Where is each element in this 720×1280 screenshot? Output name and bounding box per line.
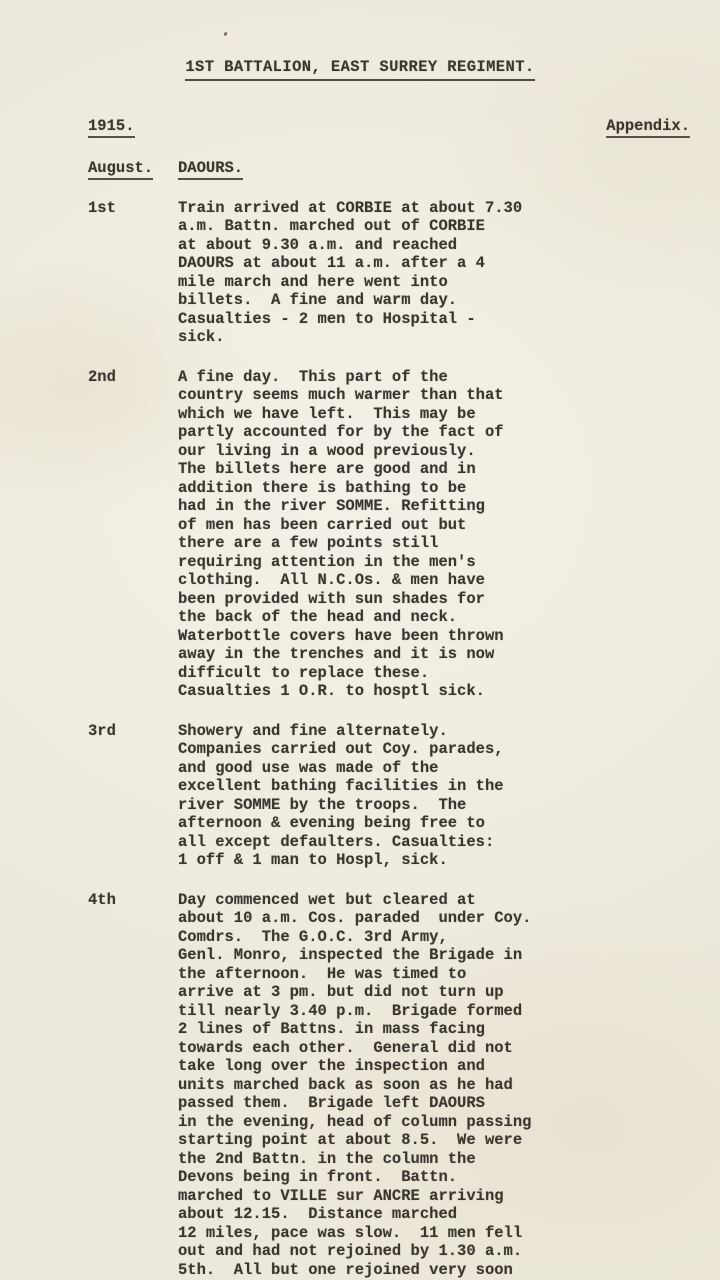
page-title: 1ST BATTALION, EAST SURREY REGIMENT. (185, 58, 534, 81)
diary-entry: 1st Train arrived at CORBIE at about 7.3… (0, 199, 720, 347)
appendix-label: Appendix. (606, 117, 690, 139)
entry-date: 1st (88, 199, 178, 218)
month-cell: August. (88, 159, 178, 178)
diary-entry: 2nd A fine day. This part of the country… (0, 368, 720, 701)
entry-text: A fine day. This part of the country see… (178, 368, 504, 701)
month-row: August.DAOURS. (0, 159, 720, 178)
entry-date: 2nd (88, 368, 178, 387)
entry-date: 4th (88, 891, 178, 910)
year-label: 1915. (88, 117, 135, 139)
diary-entry: 4th Day commenced wet but cleared at abo… (0, 891, 720, 1280)
diary-entry: 3rd Showery and fine alternately. Compan… (0, 722, 720, 870)
entry-text: Showery and fine alternately. Companies … (178, 722, 504, 870)
entry-text: Train arrived at CORBIE at about 7.30 a.… (178, 199, 522, 347)
meta-row: 1915. Appendix. (0, 117, 720, 139)
entry-date: 3rd (88, 722, 178, 741)
document-page: 1ST BATTALION, EAST SURREY REGIMENT. 191… (0, 0, 720, 1280)
location-label: DAOURS. (178, 159, 243, 180)
month-label: August. (88, 159, 153, 180)
entry-text: Day commenced wet but cleared at about 1… (178, 891, 531, 1280)
document-header: 1ST BATTALION, EAST SURREY REGIMENT. (0, 0, 720, 81)
